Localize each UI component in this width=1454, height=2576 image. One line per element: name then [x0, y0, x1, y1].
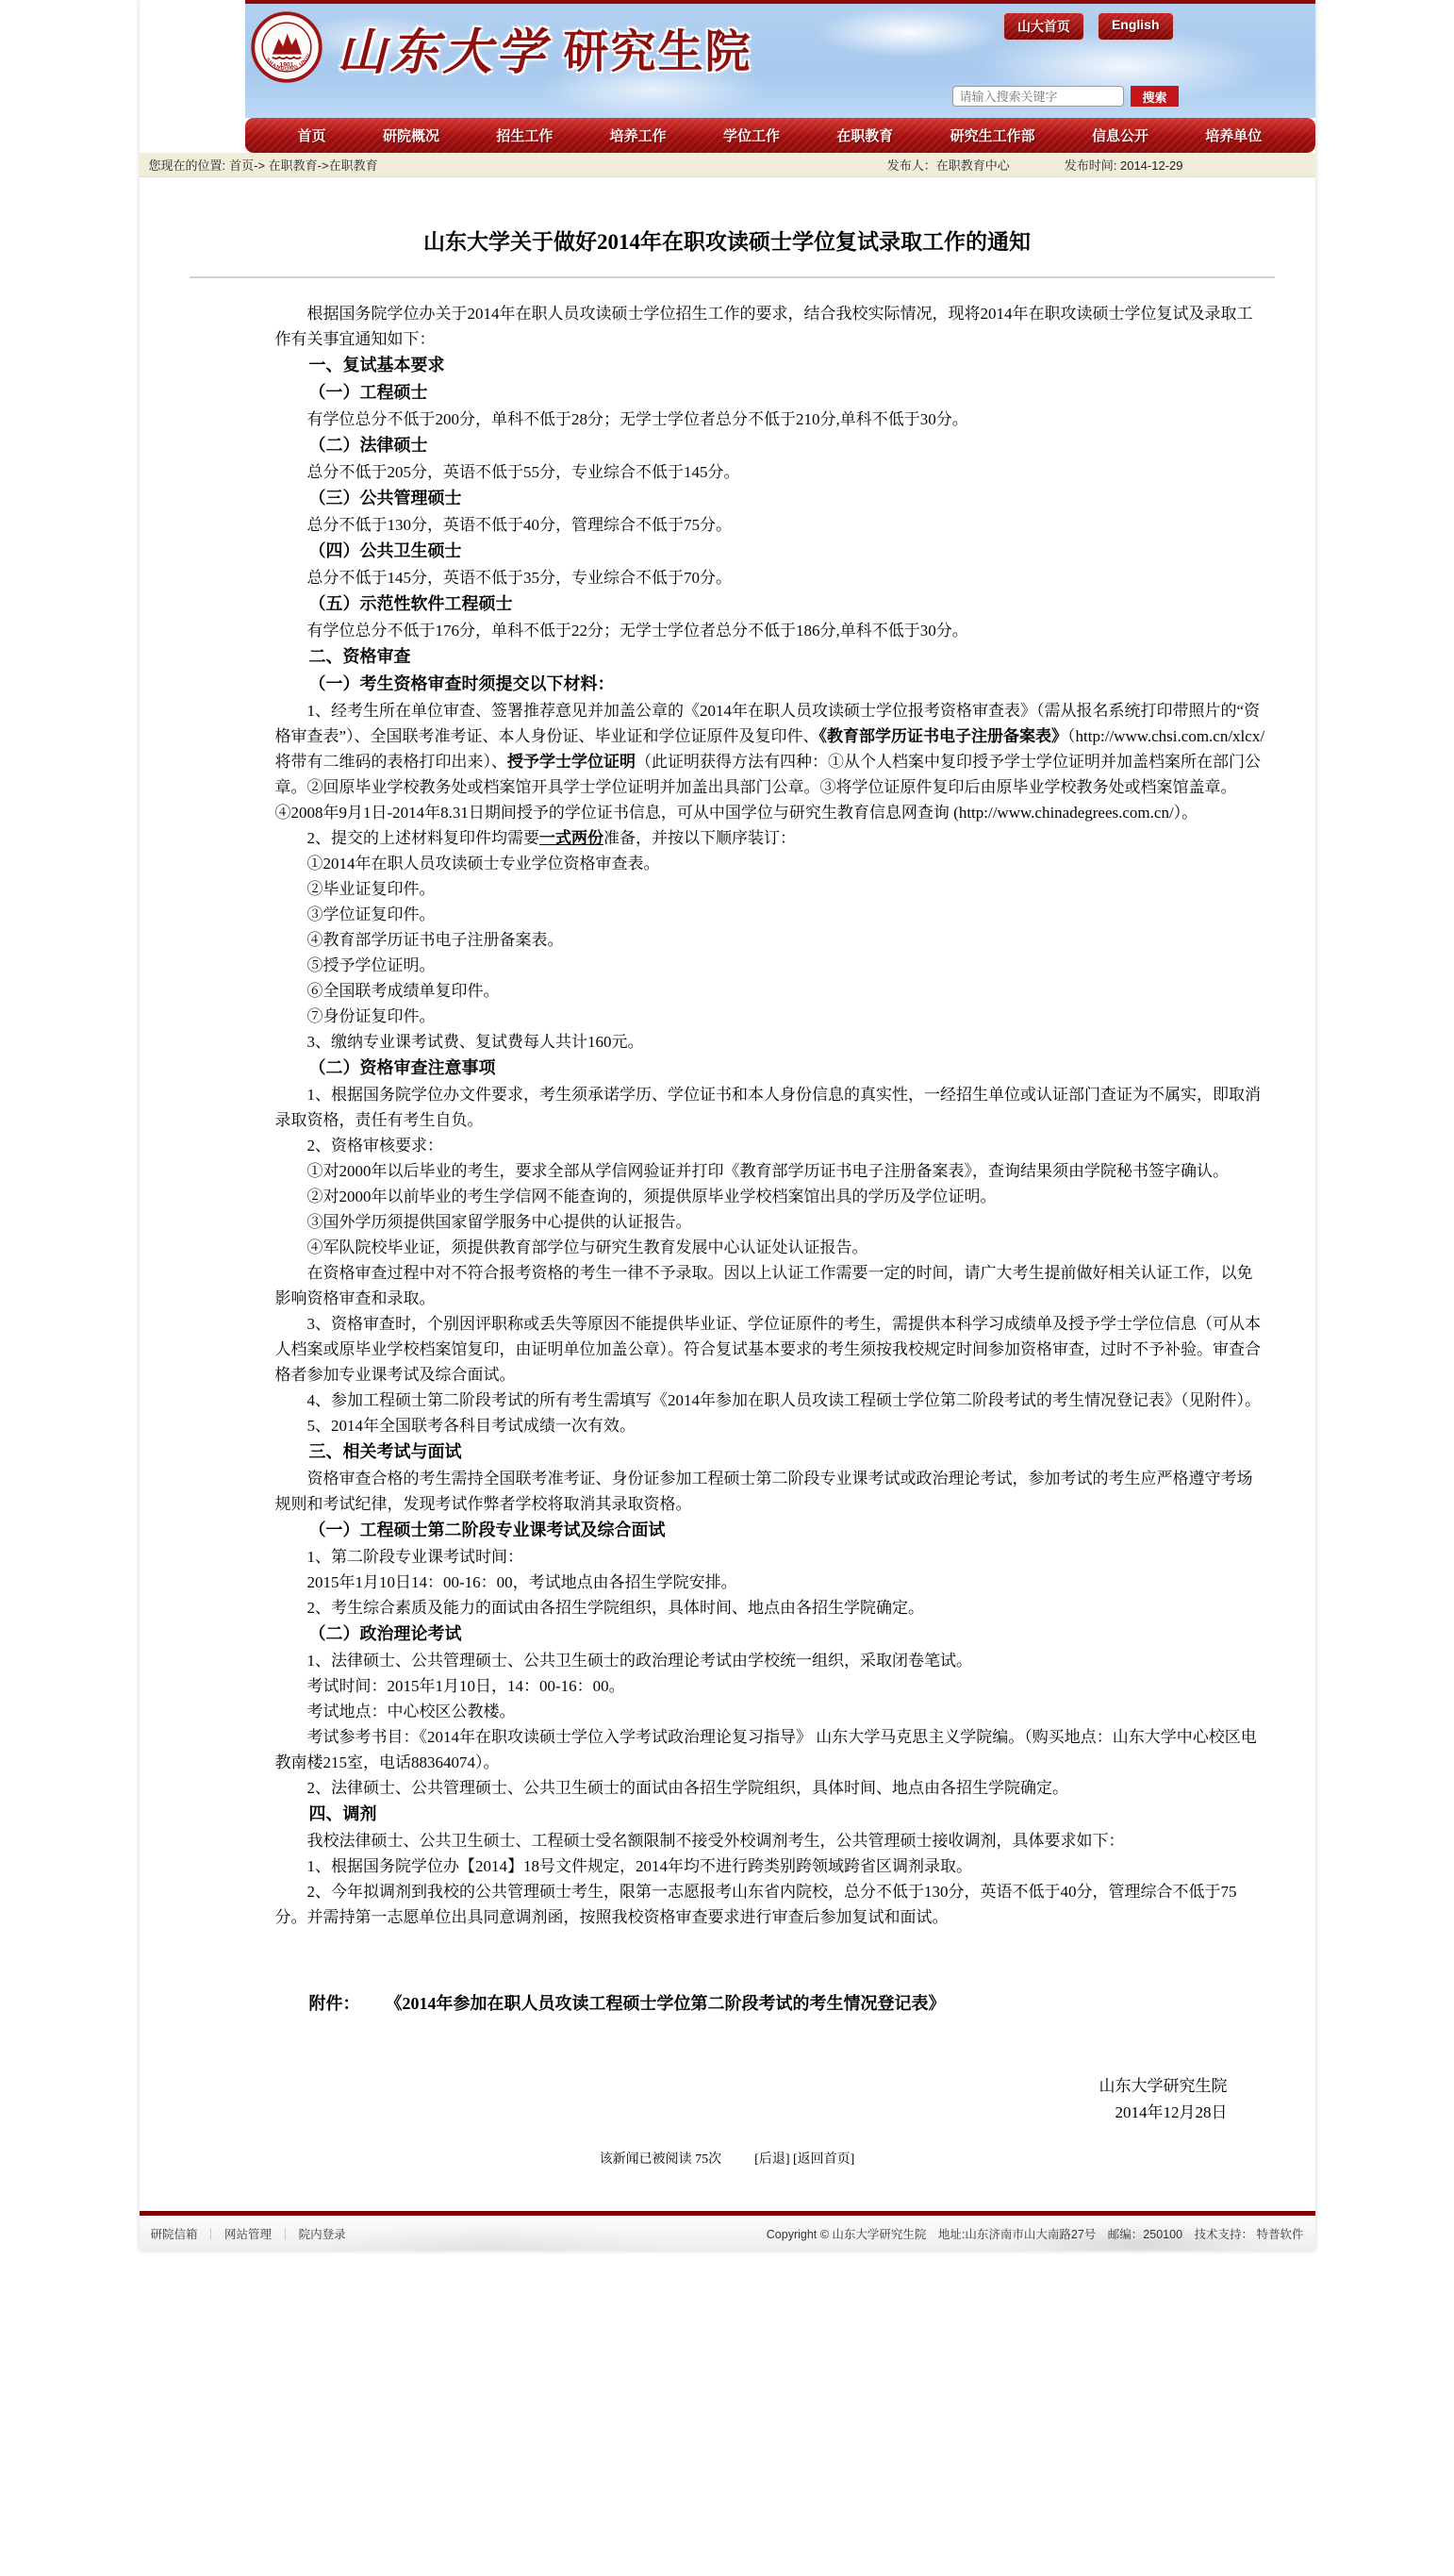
signature-block: 山东大学研究生院 2014年12月28日: [275, 2073, 1265, 2126]
paragraph: 1、第二阶段专业课考试时间：: [275, 1544, 1265, 1570]
title-divider: [190, 276, 1275, 278]
breadcrumb-path[interactable]: 首页-> 在职教育->在职教育: [229, 156, 377, 174]
article: 山东大学关于做好2014年在职攻读硕士学位复试录取工作的通知 根据国务院学位办关…: [140, 177, 1315, 2211]
paragraph: 在资格审查过程中对不符合报考资格的考生一律不予录取。因以上认证工作需要一定的时间…: [275, 1260, 1265, 1311]
section-heading: 四、调剂: [275, 1801, 1265, 1828]
footer-link-separator: ｜: [279, 2225, 291, 2242]
nav-item[interactable]: 招生工作: [496, 125, 553, 145]
paragraph: 有学位总分不低于200分，单科不低于28分；无学士学位者总分不低于210分,单科…: [275, 407, 1265, 432]
section-heading: （二）政治理论考试: [275, 1620, 1265, 1648]
footer-links: 研院信箱｜网站管理｜院内登录: [151, 2225, 346, 2242]
paragraph: ①2014年在职人员攻读硕士专业学位资格审查表。: [275, 851, 1265, 876]
nav-item[interactable]: 首页: [298, 125, 326, 145]
university-seal-logo: 1901 SHANDONG UNIVERSITY: [251, 11, 322, 83]
paragraph: 考试参考书目：《2014年在职攻读硕士学位入学考试政治理论复习指导》 山东大学马…: [275, 1724, 1265, 1775]
paragraph: 我校法律硕士、公共卫生硕士、工程硕士受名额限制不接受外校调剂考生，公共管理硕士接…: [275, 1828, 1265, 1853]
paragraph: 2015年1月10日14：00-16：00，考试地点由各招生学院安排。: [275, 1570, 1265, 1595]
paragraph: 5、2014年全国联考各科目考试成绩一次有效。: [275, 1413, 1265, 1438]
paragraph: 考试时间：2015年1月10日，14：00-16：00。: [275, 1673, 1265, 1699]
top-buttons: 山大首页 English: [1003, 12, 1174, 41]
english-button[interactable]: English: [1098, 12, 1174, 41]
paragraph: 3、缴纳专业课考试费、复试费每人共计160元。: [275, 1029, 1265, 1055]
breadcrumb-prefix: 您现在的位置:: [149, 156, 226, 174]
paragraph: 总分不低于205分，英语不低于55分，专业综合不低于145分。: [275, 459, 1265, 485]
section-heading: （二）法律硕士: [275, 432, 1265, 459]
paragraph: 2、法律硕士、公共管理硕士、公共卫生硕士的面试由各招生学院组织，具体时间、地点由…: [275, 1775, 1265, 1801]
paragraph: 1、根据国务院学位办【2014】18号文件规定，2014年均不进行跨类别跨领域跨…: [275, 1853, 1265, 1879]
paragraph: 4、参加工程硕士第二阶段考试的所有考生需填写《2014年参加在职人员攻读工程硕士…: [275, 1388, 1265, 1413]
signature-date: 2014年12月28日: [275, 2100, 1228, 2126]
paragraph: ⑦身份证复印件。: [275, 1004, 1265, 1029]
reading-line: 该新闻已被阅读 75次 [后退] [返回首页]: [190, 2149, 1265, 2168]
paragraph: ⑥全国联考成绩单复印件。: [275, 978, 1265, 1004]
publish-time-label: 发布时间: 2014-12-29: [1065, 156, 1183, 174]
article-title: 山东大学关于做好2014年在职攻读硕士学位复试录取工作的通知: [190, 224, 1265, 256]
signature-org: 山东大学研究生院: [275, 2073, 1228, 2100]
section-heading: （五）示范性软件工程硕士: [275, 590, 1265, 618]
return-home-link[interactable]: [返回首页]: [793, 2152, 854, 2167]
main-nav: 首页研院概况招生工作培养工作学位工作在职教育研究生工作部信息公开培养单位: [245, 118, 1315, 153]
copyright-text: Copyright © 山东大学研究生院 地址:山东济南市山大南路27号 邮编：…: [767, 2225, 1304, 2242]
publisher-label: 发布人：在职教育中心: [887, 156, 1010, 174]
publish-info: 发布人：在职教育中心 发布时间: 2014-12-29: [887, 156, 1183, 174]
site-name: 研究生院: [564, 15, 752, 80]
paragraph: ①对2000年以后毕业的考生，要求全部从学信网验证并打印《教育部学历证书电子注册…: [275, 1158, 1265, 1184]
back-link[interactable]: [后退]: [754, 2152, 789, 2167]
paragraph: 2、考生综合素质及能力的面试由各招生学院组织，具体时间、地点由各招生学院确定。: [275, 1595, 1265, 1620]
attachment-line: 附件： 《2014年参加在职人员攻读工程硕士学位第二阶段考试的考生情况登记表》: [275, 1990, 1265, 2015]
breadcrumb: 您现在的位置: 首页-> 在职教育->在职教育: [149, 156, 378, 174]
read-count-value: 75次: [695, 2152, 721, 2167]
paragraph: 1、经考生所在单位审查、签署推荐意见并加盖公章的《2014年在职人员攻读硕士学位…: [275, 698, 1265, 825]
paragraph: 总分不低于130分，英语不低于40分，管理综合不低于75分。: [275, 512, 1265, 538]
nav-row: 首页研院概况招生工作培养工作学位工作在职教育研究生工作部信息公开培养单位: [140, 118, 1315, 153]
search-bar: 搜索: [952, 86, 1178, 107]
paragraph: 有学位总分不低于176分，单科不低于22分；无学士学位者总分不低于186分,单科…: [275, 618, 1265, 643]
nav-left-gap: [140, 118, 245, 153]
paragraph: ②对2000年以前毕业的考生学信网不能查询的，须提供原毕业学校档案馆出具的学历及…: [275, 1184, 1265, 1209]
paragraph: 2、今年拟调剂到我校的公共管理硕士考生，限第一志愿报考山东省内院校，总分不低于1…: [275, 1879, 1265, 1930]
section-heading: （一）考生资格审查时须提交以下材料：: [275, 671, 1265, 698]
attachment-prefix: 附件：: [309, 1994, 360, 2013]
paragraph: 2、提交的上述材料复印件均需要一式两份准备，并按以下顺序装订：: [275, 825, 1265, 851]
paragraph: ⑤授予学位证明。: [275, 953, 1265, 978]
page-container: 1901 SHANDONG UNIVERSITY 山东大学 研究生院 山大首页 …: [140, 0, 1315, 2251]
paragraph: 1、法律硕士、公共管理硕士、公共卫生硕士的政治理论考试由学校统一组织，采取闭卷笔…: [275, 1648, 1265, 1673]
nav-item[interactable]: 培养单位: [1205, 125, 1262, 145]
section-heading: （三）公共管理硕士: [275, 485, 1265, 512]
section-heading: （四）公共卫生硕士: [275, 538, 1265, 565]
nav-item[interactable]: 培养工作: [610, 125, 667, 145]
site-footer: 研院信箱｜网站管理｜院内登录 Copyright © 山东大学研究生院 地址:山…: [140, 2211, 1315, 2251]
paragraph: ④军队院校毕业证，须提供教育部学位与研究生教育发展中心认证处认证报告。: [275, 1235, 1265, 1260]
paragraph: 考试地点：中心校区公教楼。: [275, 1699, 1265, 1724]
paragraph: 1、根据国务院学位办文件要求，考生须承诺学历、学位证书和本人身份信息的真实性，一…: [275, 1082, 1265, 1133]
paragraph: ③学位证复印件。: [275, 902, 1265, 927]
paragraph: 3、资格审查时，个别因评职称或丢失等原因不能提供毕业证、学位证原件的考生，需提供…: [275, 1311, 1265, 1388]
attachment-link[interactable]: 《2014年参加在职人员攻读工程硕士学位第二阶段考试的考生情况登记表》: [386, 1994, 946, 2013]
section-heading: 一、复试基本要求: [275, 352, 1265, 379]
nav-item[interactable]: 在职教育: [836, 125, 893, 145]
breadcrumb-bar: 您现在的位置: 首页-> 在职教育->在职教育 发布人：在职教育中心 发布时间:…: [140, 153, 1315, 177]
nav-item[interactable]: 学位工作: [723, 125, 780, 145]
read-count-label: 该新闻已被阅读: [600, 2152, 692, 2167]
paragraph: ④教育部学历证书电子注册备案表。: [275, 927, 1265, 953]
paragraph: 总分不低于145分，英语不低于35分，专业综合不低于70分。: [275, 565, 1265, 590]
nav-item[interactable]: 信息公开: [1092, 125, 1148, 145]
sdu-home-button[interactable]: 山大首页: [1003, 12, 1084, 41]
paragraph: 2、资格审核要求：: [275, 1133, 1265, 1158]
search-button[interactable]: 搜索: [1131, 86, 1178, 107]
footer-link-separator: ｜: [206, 2225, 218, 2242]
header-left-gap: [140, 0, 245, 118]
nav-item[interactable]: 研究生工作部: [950, 125, 1035, 145]
paragraph: ②毕业证复印件。: [275, 876, 1265, 902]
section-heading: （一）工程硕士: [275, 379, 1265, 407]
article-body: 根据国务院学位办关于2014年在职人员攻读硕士学位招生工作的要求，结合我校实际情…: [275, 301, 1265, 1930]
header: 1901 SHANDONG UNIVERSITY 山东大学 研究生院 山大首页 …: [140, 0, 1315, 118]
university-name: 山东大学: [338, 12, 549, 83]
brand-block: 1901 SHANDONG UNIVERSITY 山东大学 研究生院: [251, 11, 752, 83]
footer-link[interactable]: 院内登录: [299, 2225, 346, 2242]
nav-item[interactable]: 研院概况: [383, 125, 439, 145]
section-heading: 三、相关考试与面试: [275, 1438, 1265, 1466]
paragraph: 根据国务院学位办关于2014年在职人员攻读硕士学位招生工作的要求，结合我校实际情…: [275, 301, 1265, 352]
paragraph: ③国外学历须提供国家留学服务中心提供的认证报告。: [275, 1209, 1265, 1235]
search-input[interactable]: [952, 86, 1124, 107]
header-banner: 1901 SHANDONG UNIVERSITY 山东大学 研究生院 山大首页 …: [245, 0, 1315, 118]
paragraph: 资格审查合格的考生需持全国联考准考证、身份证参加工程硕士第二阶段专业课考试或政治…: [275, 1466, 1265, 1517]
section-heading: 二、资格审查: [275, 643, 1265, 671]
footer-link[interactable]: 网站管理: [224, 2225, 272, 2242]
section-heading: （二）资格审查注意事项: [275, 1055, 1265, 1082]
footer-link[interactable]: 研院信箱: [151, 2225, 198, 2242]
section-heading: （一）工程硕士第二阶段专业课考试及综合面试: [275, 1517, 1265, 1544]
